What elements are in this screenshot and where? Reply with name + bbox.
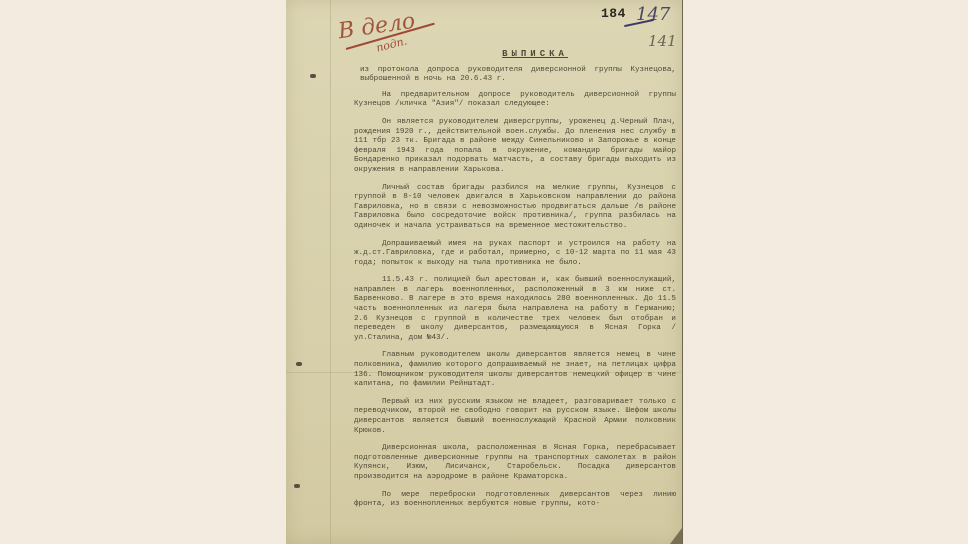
punch-hole-mark [294, 484, 300, 488]
paragraph: 11.5.43 г. полицией был арестован и, как… [354, 276, 676, 343]
paragraph: Главным руководителем школы диверсантов … [354, 351, 676, 389]
paragraph: Допрашиваемый имея на руках паспорт и ус… [354, 240, 676, 269]
page-number: 184 [601, 6, 626, 21]
typewritten-text: ВЫПИСКА из протокола допроса руководител… [354, 50, 676, 518]
viewer-stage: 184 147 141 В дело подп. ВЫПИСКА из прот… [0, 0, 968, 544]
document-page: 184 147 141 В дело подп. ВЫПИСКА из прот… [286, 0, 683, 544]
document-subtitle: из протокола допроса руководителя диверс… [354, 66, 676, 85]
paragraph: По мере переброски подготовленных диверс… [354, 491, 676, 510]
paragraph: Диверсионная школа, расположенная в Ясна… [354, 444, 676, 482]
paragraph: На предварительном допросе руководитель … [354, 91, 676, 110]
document-title: ВЫПИСКА [354, 50, 676, 60]
handwritten-page-number: 141 [648, 32, 677, 50]
punch-hole-mark [296, 362, 302, 366]
paragraph: Личный состав бригады разбился на мелкие… [354, 184, 676, 232]
torn-corner [670, 528, 682, 544]
paragraph: Он является руководителем диверсгруппы, … [354, 118, 676, 176]
paragraph: Первый из них русским языком не владеет,… [354, 398, 676, 436]
punch-hole-mark [310, 74, 316, 78]
